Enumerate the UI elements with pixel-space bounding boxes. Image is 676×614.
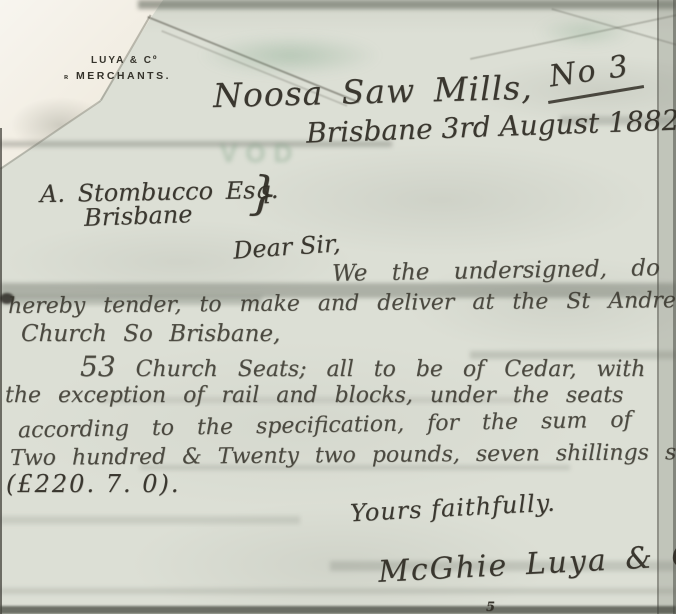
body-line: according to the specification, for the … (18, 408, 632, 444)
body-line: hereby tender, to make and deliver at th… (8, 288, 676, 319)
scanned-letter-page: VOD LUYA & Cº ʀ MERCHANTS. No 3 Noosa Sa… (0, 0, 676, 614)
fold-crease (470, 13, 676, 59)
addressee-brace: } (248, 165, 280, 220)
body-line: We the undersigned, do (332, 255, 660, 287)
scan-smudge (0, 588, 676, 594)
left-page-edge (0, 128, 2, 614)
bottom-scan-edge (0, 606, 676, 614)
letterhead-merchants: MERCHANTS. (76, 70, 171, 82)
body-line: Two hundred & Twenty two pounds, seven s… (10, 440, 676, 471)
body-line-text: Church Seats; all to be of Cedar, with (136, 357, 646, 382)
body-line: the exception of rail and blocks, under … (5, 383, 623, 408)
letterhead-company: LUYA & Cº (91, 55, 159, 66)
salutation: Dear Sir, (232, 229, 341, 264)
seats-figure: 53 (80, 350, 116, 383)
fold-crease (552, 8, 676, 45)
scan-smudge (0, 516, 300, 524)
bottom-cutoff-fragment: 5 (486, 600, 495, 614)
body-line: 53 Church Seats; all to be of Cedar, wit… (80, 350, 645, 383)
amount-figures: (£220. 7. 0). (6, 470, 181, 498)
verso-showthrough-text: VOD (220, 138, 300, 169)
scan-smudge (138, 0, 676, 9)
addressee-city: Brisbane (84, 200, 193, 232)
torn-corner (0, 0, 200, 200)
letter-title: Noosa Saw Mills, (213, 68, 534, 115)
verso-showthrough-blob (520, 12, 650, 52)
body-line: Church So Brisbane, (21, 321, 280, 347)
letterhead-torn-fragment: ʀ (64, 74, 71, 81)
letterhead-merchants-line: ʀ MERCHANTS. (64, 70, 171, 82)
doc-number: No 3 (547, 49, 632, 95)
signature: McGhie Luya & Co (377, 537, 676, 590)
closing: Yours faithfully. (349, 489, 556, 528)
